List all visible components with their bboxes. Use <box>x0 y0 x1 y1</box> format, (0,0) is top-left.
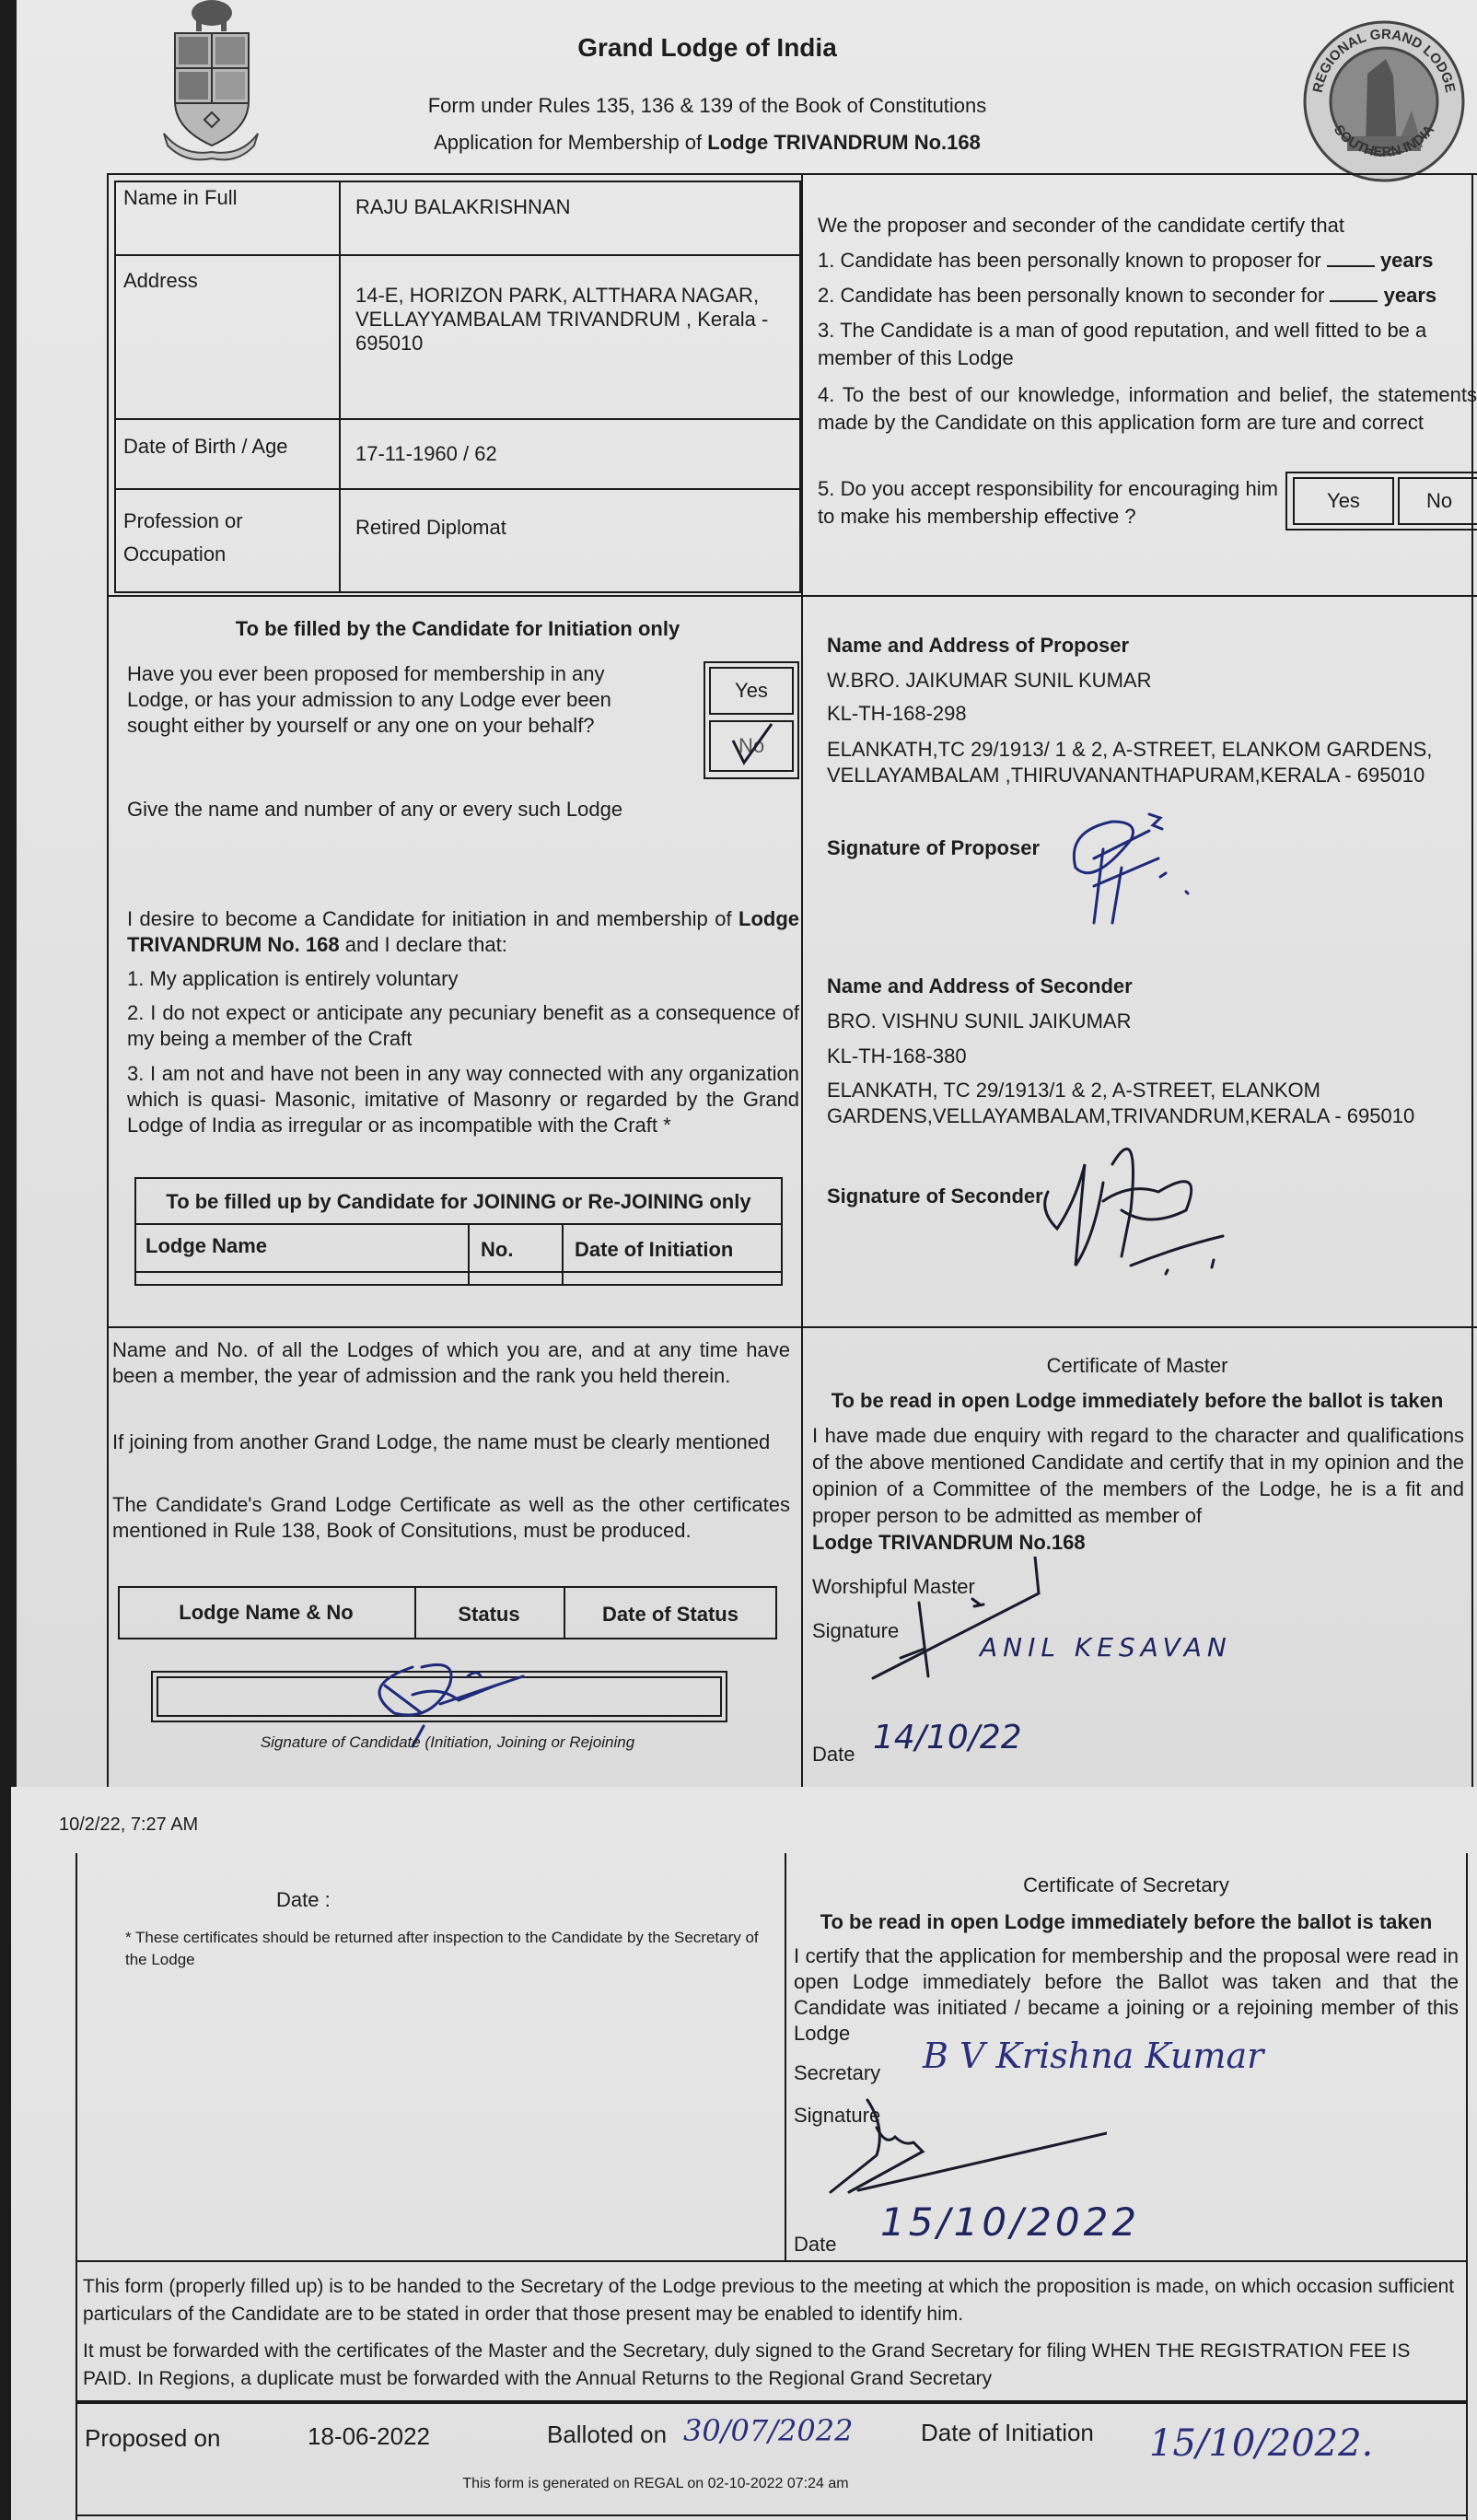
master-cert-title: Certificate of Master <box>803 1352 1471 1380</box>
proposed-on-value: 18-06-2022 <box>308 2422 430 2451</box>
secretary-date-value: 15/10/2022 <box>880 2199 1140 2245</box>
footer-note-2: It must be forwarded with the certificat… <box>83 2338 1464 2393</box>
lodges-membership-text: Name and No. of all the Lodges of which … <box>112 1337 790 1389</box>
col-date-of-status: Date of Status <box>564 1601 777 1628</box>
col-lodge-name-no: Lodge Name & No <box>118 1599 414 1627</box>
lodges-joining-text: If joining from another Grand Lodge, the… <box>112 1429 790 1455</box>
form-page-2: 10/2/22, 7:27 AM Date : * These certific… <box>11 1787 1477 2520</box>
seconder-signature-label: Signature of Seconder <box>827 1183 1043 1210</box>
proposer-address: ELANKATH,TC 29/1913/ 1 & 2, A-STREET, EL… <box>827 737 1462 788</box>
master-date-label: Date <box>812 1741 855 1768</box>
seconder-name: BRO. VISHNU SUNIL JAIKUMAR <box>827 1008 1131 1035</box>
label-dob: Date of Birth / Age <box>123 433 288 461</box>
certify-intro: We the proposer and seconder of the cand… <box>818 212 1344 239</box>
secretary-cert-subtitle: To be read in open Lodge immediately bef… <box>786 1908 1466 1936</box>
secretary-handwritten-name: B V Krishna Kumar <box>923 2036 1263 2076</box>
col-lodge-name: Lodge Name <box>145 1232 267 1260</box>
candidate-signature-caption: Signature of Candidate (Initiation, Join… <box>118 1733 777 1752</box>
seconder-id: KL-TH-168-380 <box>827 1043 967 1070</box>
joining-table-empty-row[interactable] <box>136 1273 781 1284</box>
proposed-on-label: Proposed on <box>85 2424 220 2453</box>
form-page-1: Grand Lodge of India Form under Rules 13… <box>17 0 1477 1787</box>
value-dob: 17-11-1960 / 62 <box>355 440 497 468</box>
secretary-date-label: Date <box>794 2231 836 2258</box>
master-handwritten-name: ANIL KESAVAN <box>980 1632 1232 1662</box>
proposer-id: KL-TH-168-298 <box>827 700 967 728</box>
label-profession: Profession or Occupation <box>123 505 262 571</box>
secretary-cert-body: I certify that the application for membe… <box>794 1943 1459 2047</box>
balloted-on-value: 30/07/2022 <box>683 2413 853 2448</box>
master-cert-body: I have made due enquiry with regard to t… <box>812 1422 1464 1529</box>
col-date-of-initiation: Date of Initiation <box>575 1236 733 1264</box>
certify-item-4: 4. To the best of our knowledge, informa… <box>818 381 1477 437</box>
certificates-return-note: * These certificates should be returned … <box>125 1927 761 1971</box>
initiation-heading: To be filled by the Candidate for Initia… <box>114 615 801 643</box>
date-of-initiation-value: 15/10/2022. <box>1149 2422 1373 2465</box>
value-profession: Retired Diplomat <box>355 514 506 542</box>
seconder-address: ELANKATH, TC 29/1913/1 & 2, A-STREET, EL… <box>827 1078 1462 1129</box>
proposer-signature-label: Signature of Proposer <box>827 834 1040 862</box>
declaration-2: 2. I do not expect or anticipate any pec… <box>127 1000 799 1052</box>
regional-grand-lodge-seal-icon: REGIONAL GRAND LODGE SOUTHERN INDIA <box>1301 18 1467 184</box>
responsibility-no-option[interactable]: No <box>1398 477 1477 525</box>
value-address: 14-E, HORIZON PARK, ALTTHARA NAGAR, VELL… <box>355 284 779 356</box>
proposed-before-yes-option[interactable]: Yes <box>709 667 794 715</box>
footer-note-1: This form (properly filled up) is to be … <box>83 2273 1464 2328</box>
certify-item-3: 3. The Candidate is a man of good reputa… <box>818 317 1477 372</box>
initiation-question: Have you ever been proposed for membersh… <box>127 661 643 739</box>
proposer-years-blank[interactable] <box>1327 265 1375 267</box>
sheet2-date-label: Date : <box>276 1886 331 1914</box>
application-line: Application for Membership of Lodge TRIV… <box>385 129 1029 157</box>
printout-timestamp: 10/2/22, 7:27 AM <box>59 1814 198 1836</box>
seconder-years-blank[interactable] <box>1330 300 1378 302</box>
certify-item-5: 5. Do you accept responsibility for enco… <box>818 475 1278 531</box>
value-name: RAJU BALAKRISHNAN <box>355 193 571 221</box>
grand-lodge-crest-icon <box>155 0 265 170</box>
certify-item-1: 1. Candidate has been personally known t… <box>818 247 1477 274</box>
master-cert-lodge: Lodge TRIVANDRUM No.168 <box>812 1529 1086 1557</box>
secretary-label: Secretary <box>794 2059 880 2087</box>
lodge-names-entry[interactable] <box>127 829 790 893</box>
proposer-heading: Name and Address of Proposer <box>827 632 1129 659</box>
label-address: Address <box>123 267 198 295</box>
declaration-1: 1. My application is entirely voluntary <box>127 965 459 993</box>
balloted-on-label: Balloted on <box>547 2421 667 2449</box>
master-signature-icon <box>864 1557 1048 1686</box>
proposer-name: W.BRO. JAIKUMAR SUNIL KUMAR <box>827 667 1151 694</box>
form-subtitle: Form under Rules 135, 136 & 139 of the B… <box>385 92 1029 120</box>
joining-table-title: To be filled up by Candidate for JOINING… <box>134 1188 783 1216</box>
generated-note: This form is generated on REGAL on 02-10… <box>379 2476 932 2492</box>
date-of-initiation-label: Date of Initiation <box>921 2419 1094 2447</box>
responsibility-yes-option[interactable]: Yes <box>1293 477 1394 525</box>
form-title: Grand Lodge of India <box>385 33 1029 63</box>
master-cert-subtitle: To be read in open Lodge immediately bef… <box>803 1387 1471 1415</box>
col-status: Status <box>414 1601 564 1628</box>
lodges-certificate-text: The Candidate's Grand Lodge Certificate … <box>112 1492 790 1544</box>
checkmark-icon <box>726 722 781 768</box>
proposed-before-no-option[interactable]: No <box>709 720 794 772</box>
secretary-cert-title: Certificate of Secretary <box>786 1872 1466 1899</box>
give-lodge-prompt: Give the name and number of any or every… <box>127 796 622 823</box>
label-name: Name in Full <box>123 184 237 212</box>
certify-item-2: 2. Candidate has been personally known t… <box>818 282 1477 309</box>
declaration-intro: I desire to become a Candidate for initi… <box>127 906 799 958</box>
seconder-signature-icon <box>1029 1127 1250 1293</box>
col-no: No. <box>481 1236 513 1264</box>
proposer-signature-icon <box>1057 803 1223 932</box>
declaration-3: 3. I am not and have not been in any way… <box>127 1061 799 1138</box>
master-date-value: 14/10/22 <box>873 1719 1022 1756</box>
secretary-signature-icon <box>812 2091 1107 2201</box>
seconder-heading: Name and Address of Seconder <box>827 973 1133 1000</box>
